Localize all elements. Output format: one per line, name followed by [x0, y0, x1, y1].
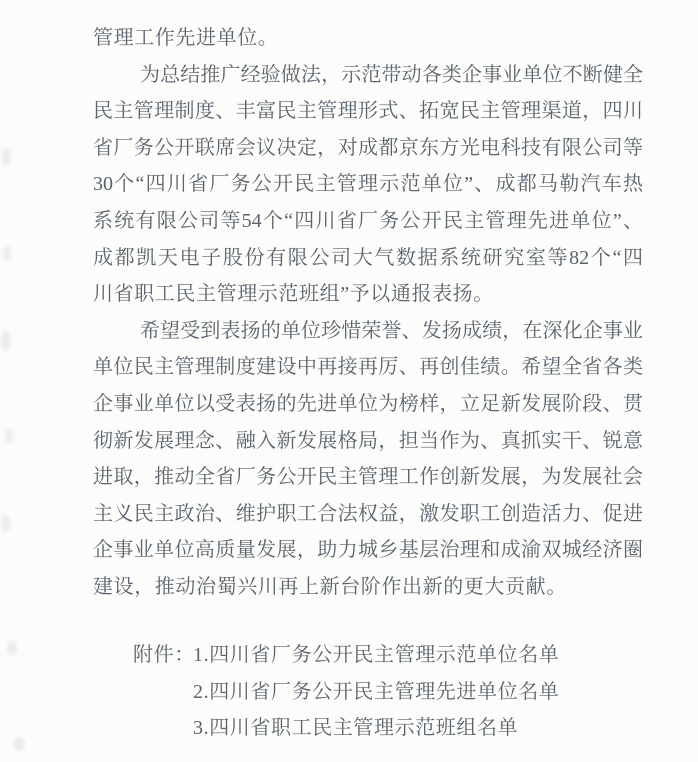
body-line: 系统有限公司等54个“四川省厂务公开民主管理先进单位”、	[93, 203, 643, 240]
body-line: 成都凯天电子股份有限公司大气数据系统研究室等82个“四	[93, 240, 643, 277]
scan-smudge	[5, 428, 13, 444]
attachment-item: 1.四川省厂务公开民主管理示范单位名单	[193, 644, 559, 666]
attachment-item: 2.四川省厂务公开民主管理先进单位名单	[133, 674, 653, 711]
body-line: 30个“四川省厂务公开民主管理示范单位”、成都马勒汽车热	[93, 166, 643, 203]
body-line: 主义民主政治、维护职工合法权益，激发职工创造活力、促进	[93, 496, 643, 533]
document-page: 管理工作先进单位。 为总结推广经验做法，示范带动各类企事业单位不断健全 民主管理…	[0, 0, 698, 762]
document-body: 管理工作先进单位。 为总结推广经验做法，示范带动各类企事业单位不断健全 民主管理…	[93, 20, 643, 606]
scan-smudge	[13, 737, 25, 751]
body-line: 管理工作先进单位。	[93, 20, 643, 57]
body-line: 企事业单位高质量发展，助力城乡基层治理和成渝双城经济圈	[93, 532, 643, 569]
attachment-item: 3.四川省职工民主管理示范班组名单	[133, 710, 653, 747]
attachment-label: 附件：	[133, 637, 193, 674]
scan-smudge	[1, 515, 10, 532]
body-line: 省厂务公开联席会议决定，对成都京东方光电科技有限公司等	[93, 130, 643, 167]
body-line: 民主管理制度、丰富民主管理形式、拓宽民主管理渠道，四川	[93, 93, 643, 130]
attachment-list: 附件：1.四川省厂务公开民主管理示范单位名单 2.四川省厂务公开民主管理先进单位…	[133, 637, 653, 747]
body-line: 单位民主管理制度建设中再接再厉、再创佳绩。希望全省各类	[93, 349, 643, 386]
body-line: 为总结推广经验做法，示范带动各类企事业单位不断健全	[93, 57, 643, 94]
body-line: 建设，推动治蜀兴川再上新台阶作出新的更大贡献。	[93, 569, 643, 606]
scan-smudge	[1, 331, 11, 351]
body-line: 希望受到表扬的单位珍惜荣誉、发扬成绩，在深化企事业	[93, 313, 643, 350]
body-line: 企事业单位以受表扬的先进单位为榜样，立足新发展阶段、贯	[93, 386, 643, 423]
body-line: 进取，推动全省厂务公开民主管理工作创新发展，为发展社会	[93, 459, 643, 496]
attachment-row: 附件：1.四川省厂务公开民主管理示范单位名单	[133, 637, 653, 674]
body-line: 川省职工民主管理示范班组”予以通报表扬。	[93, 276, 643, 313]
scan-smudge	[3, 246, 11, 261]
scan-smudge	[2, 148, 11, 166]
body-line: 彻新发展理念、融入新发展格局，担当作为、真抓实干、锐意	[93, 423, 643, 460]
scan-smudge	[7, 641, 17, 655]
